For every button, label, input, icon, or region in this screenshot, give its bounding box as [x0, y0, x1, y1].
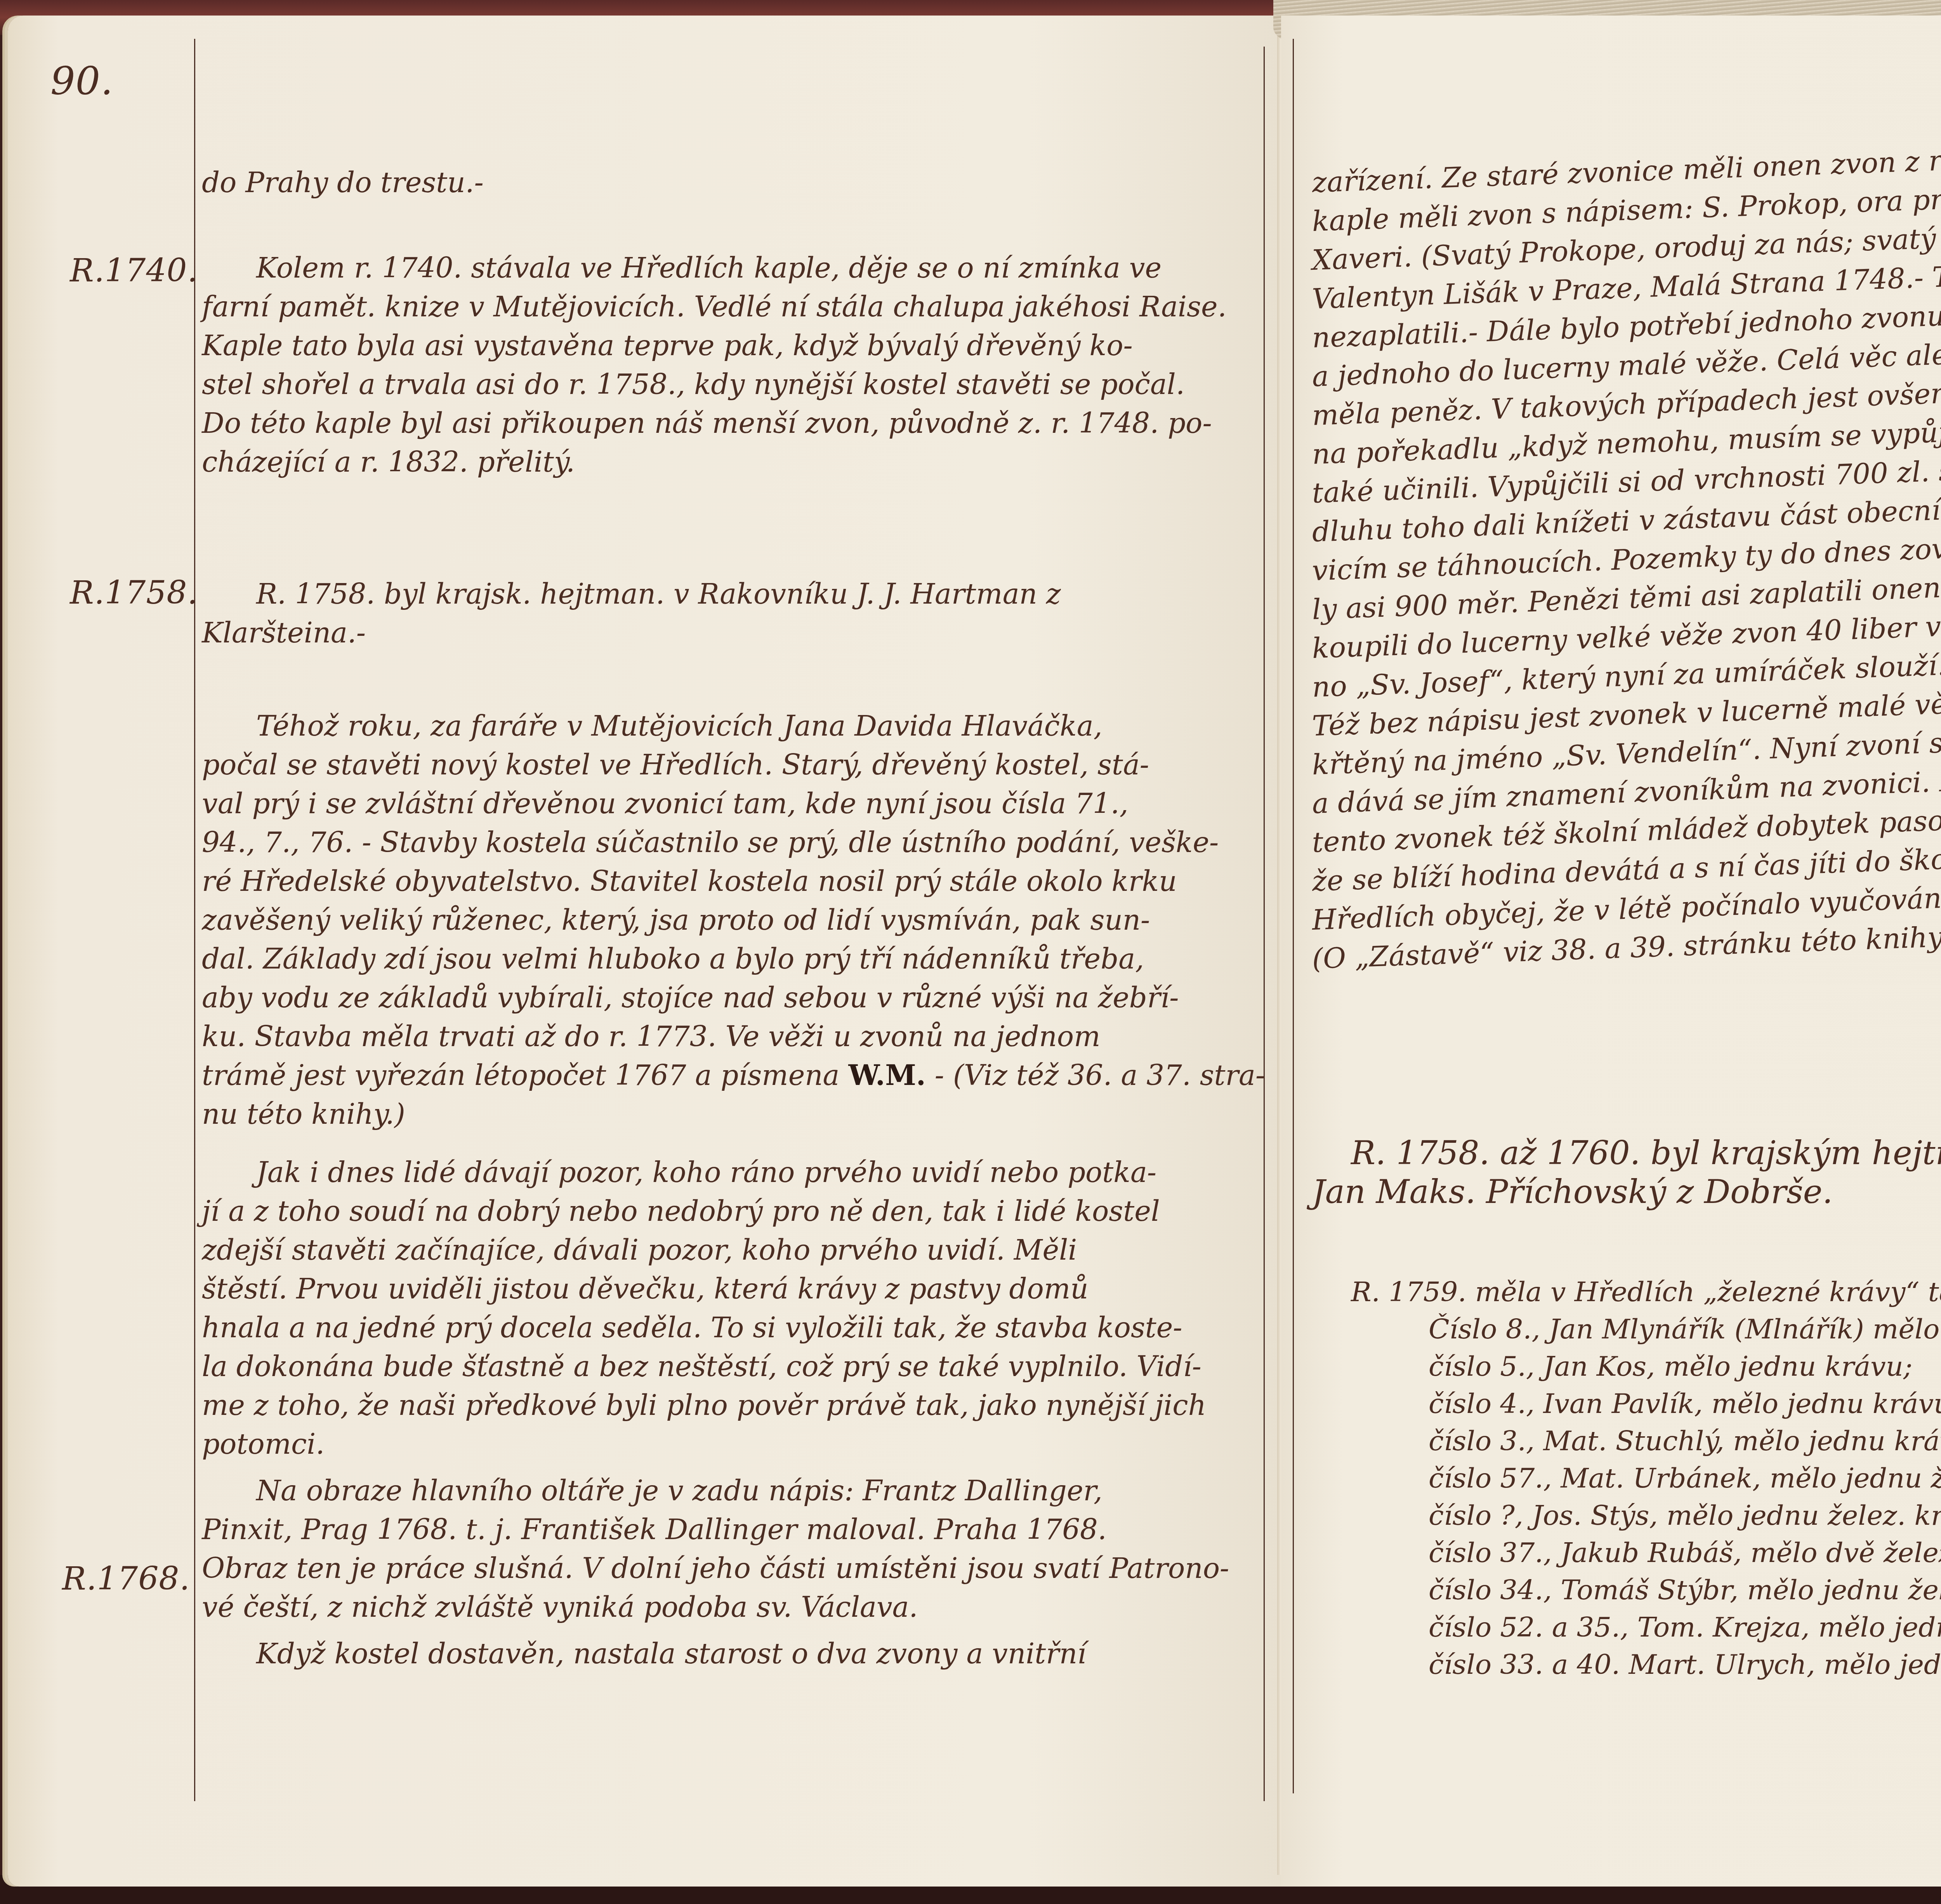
owner-name: Jan Kos, — [1543, 1350, 1655, 1382]
text-line: 94., 7., 76. - Stavby kostela súčastnilo… — [202, 823, 1265, 862]
owner-name: Jakub Rubáš, — [1561, 1537, 1742, 1569]
cow-count: mělo jednu želez. krávu; — [1824, 1649, 1941, 1680]
owner-name: Ivan Pavlík, — [1543, 1388, 1703, 1420]
inscription-mark: W.M. — [848, 1059, 925, 1092]
margin-note-1768: R.1768. — [62, 1560, 190, 1597]
text-line: me z toho, že naši předkové byli plno po… — [202, 1386, 1206, 1425]
owner-name: Mat. Stuchlý, — [1543, 1425, 1724, 1457]
text-line: Kolem r. 1740. stávala ve Hředlích kaple… — [202, 248, 1227, 287]
text-line: R. 1758. byl krajsk. hejtman. v Rakovník… — [202, 574, 1061, 613]
text-line: ku. Stavba měla trvati až do r. 1773. Ve… — [202, 1017, 1265, 1056]
cow-count: mělo jednu žel. krávu; — [1770, 1462, 1941, 1494]
house-number: číslo 5., — [1429, 1350, 1535, 1382]
left-page: 90. R.1740. R.1758. R.1768. do Prahy do … — [8, 16, 1281, 1887]
paragraph-obraz-oltare: Na obraze hlavního oltáře je v zadu nápi… — [202, 1471, 1229, 1626]
owner-name: Mart. Ulrych, — [1628, 1649, 1815, 1680]
house-number: číslo ?, — [1429, 1500, 1523, 1531]
list-item: číslo 37., Jakub Rubáš, mělo dvě želez. … — [1312, 1534, 1941, 1571]
house-number: číslo 37., — [1429, 1537, 1552, 1569]
list-item: číslo 52. a 35., Tom. Krejza, mělo jednu… — [1312, 1609, 1941, 1646]
text-line: jí a z toho soudí na dobrý nebo nedobrý … — [202, 1192, 1206, 1231]
paragraph-continuation: do Prahy do trestu.- — [202, 163, 484, 202]
cow-count: mělo dvě želez. krávy; — [1750, 1537, 1941, 1569]
house-number: číslo 57., — [1429, 1462, 1552, 1494]
house-number: číslo 4., — [1429, 1388, 1535, 1420]
text-line: Kaple tato byla asi vystavěna teprve pak… — [202, 326, 1227, 365]
text-line: hnala a na jedné prý docela seděla. To s… — [202, 1308, 1206, 1347]
house-number: číslo 33. a 40. — [1429, 1649, 1620, 1680]
owner-name: Tomáš Stýbr, — [1561, 1574, 1738, 1606]
text-line: počal se stavěti nový kostel ve Hředlích… — [202, 745, 1265, 784]
text-line: potomci. — [202, 1425, 1206, 1463]
cow-count: mělo jednu krávu; — [1873, 1313, 1941, 1345]
list-item: číslo 5., Jan Kos, mělo jednu krávu; — [1312, 1348, 1941, 1385]
margin-note-1740: R.1740. — [70, 252, 198, 289]
text-segment: trámě jest vyřezán létopočet 1767 a písm… — [202, 1059, 840, 1092]
list-item: číslo 4., Ivan Pavlík, mělo jednu krávu; — [1312, 1385, 1941, 1422]
house-number: číslo 3., — [1429, 1425, 1535, 1457]
text-line: Jak i dnes lidé dávají pozor, koho ráno … — [202, 1153, 1206, 1192]
list-item: číslo 3., Mat. Stuchlý, mělo jednu krávu… — [1312, 1422, 1941, 1460]
text-line: R. 1758. až 1760. byl krajským hejtmanem… — [1312, 1133, 1941, 1172]
text-line: nu této knihy.) — [202, 1095, 1265, 1133]
owner-name: Jan Mlynářík (Mlnářík) — [1549, 1313, 1864, 1345]
paragraph-kostel-stavba: Téhož roku, za faráře v Mutějovicích Jan… — [202, 706, 1265, 1133]
text-line: Jan Maks. Příchovský z Dobrše. — [1312, 1172, 1941, 1211]
cow-count: mělo jednu želez. krávu; — [1747, 1574, 1941, 1606]
text-line: cházející a r. 1832. přelitý. — [202, 443, 1227, 481]
paragraph-zvony: Když kostel dostavěn, nastala starost o … — [202, 1634, 1086, 1673]
right-page: 91. 1758. až R.1760. R.1759. zařízení. Z… — [1281, 16, 1941, 1887]
list-item: Číslo 8., Jan Mlynářík (Mlnářík) mělo je… — [1312, 1310, 1941, 1348]
text-line: Do této kaple byl asi přikoupen náš menš… — [202, 404, 1227, 443]
list-item: číslo ?, Jos. Stýs, mělo jednu želez. kr… — [1312, 1497, 1941, 1534]
list-item: číslo 57., Mat. Urbánek, mělo jednu žel.… — [1312, 1460, 1941, 1497]
text-line: štěstí. Prvou uviděli jistou děvečku, kt… — [202, 1269, 1206, 1308]
house-number: Číslo 8., — [1429, 1313, 1540, 1345]
cow-count: mělo jednu krávu; — [1712, 1388, 1941, 1420]
owner-name: Mat. Urbánek, — [1561, 1462, 1761, 1494]
paragraph-zvony-zarizeni: zařízení. Ze staré zvonice měli onen zvo… — [1312, 163, 1941, 978]
list-intro: R. 1759. měla v Hředlích „železné krávy“… — [1312, 1273, 1941, 1310]
cow-count: mělo jednu želez. krávu; — [1667, 1500, 1941, 1531]
owner-name: Tom. Krejza, — [1637, 1611, 1810, 1643]
text-line: farní pamět. knize v Mutějovicích. Vedlé… — [202, 287, 1227, 326]
list-item: číslo 33. a 40. Mart. Ulrych, mělo jednu… — [1312, 1646, 1941, 1683]
text-segment: - (Viz též 36. a 37. stra- — [935, 1059, 1265, 1092]
page-number: 90. — [50, 58, 113, 104]
text-line: val prý i se zvláštní dřevěnou zvonicí t… — [202, 784, 1265, 823]
text-line-with-mark: trámě jest vyřezán létopočet 1767 a písm… — [202, 1056, 1265, 1095]
text-line: Když kostel dostavěn, nastala starost o … — [202, 1634, 1086, 1673]
owner-name: Jos. Stýs, — [1532, 1500, 1658, 1531]
cow-count: mělo jednu želez. krávu; — [1818, 1611, 1941, 1643]
house-number: číslo 52. a 35., — [1429, 1611, 1628, 1643]
text-line: aby vodu ze základů vybírali, stojíce na… — [202, 978, 1265, 1017]
cow-count: mělo jednu krávu; — [1733, 1425, 1941, 1457]
right-left-rule — [1293, 39, 1294, 1793]
text-line: Téhož roku, za faráře v Mutějovicích Jan… — [202, 706, 1265, 745]
left-margin-rule — [194, 39, 195, 1801]
text-line: zavěšený veliký růženec, který, jsa prot… — [202, 901, 1265, 939]
text-line: la dokonána bude šťastně a bez neštěstí,… — [202, 1347, 1206, 1386]
text-line: ré Hředelské obyvatelstvo. Stavitel kost… — [202, 862, 1265, 901]
text-line: Obraz ten je práce slušná. V dolní jeho … — [202, 1549, 1229, 1588]
text-line: zdejší stavěti začínajíce, dávali pozor,… — [202, 1231, 1206, 1269]
text-line: stel shořel a trvala asi do r. 1758., kd… — [202, 365, 1227, 404]
house-number: číslo 34., — [1429, 1574, 1552, 1606]
text-line: Klaršteina.- — [202, 613, 1061, 652]
text-line: dal. Základy zdí jsou velmi hluboko a by… — [202, 939, 1265, 978]
paragraph-1758-hejtman: R. 1758. byl krajsk. hejtman. v Rakovník… — [202, 574, 1061, 652]
paragraph-povery: Jak i dnes lidé dávají pozor, koho ráno … — [202, 1153, 1206, 1463]
zelezne-kravy-list: R. 1759. měla v Hředlích „železné krávy“… — [1312, 1273, 1941, 1683]
margin-note-1758: R.1758. — [70, 574, 198, 611]
paragraph-1740: Kolem r. 1740. stávala ve Hředlích kaple… — [202, 248, 1227, 481]
paragraph-hejtman-1758-1760: R. 1758. až 1760. byl krajským hejtmanem… — [1312, 1133, 1941, 1211]
text-line: vé čeští, z nichž zvláště vyniká podoba … — [202, 1588, 1229, 1626]
list-item: číslo 34., Tomáš Stýbr, mělo jednu želez… — [1312, 1571, 1941, 1609]
cow-count: mělo jednu krávu; — [1664, 1350, 1913, 1382]
text-line: do Prahy do trestu.- — [202, 163, 484, 202]
text-line: Na obraze hlavního oltáře je v zadu nápi… — [202, 1471, 1229, 1510]
text-line: Pinxit, Prag 1768. t. j. František Dalli… — [202, 1510, 1229, 1549]
